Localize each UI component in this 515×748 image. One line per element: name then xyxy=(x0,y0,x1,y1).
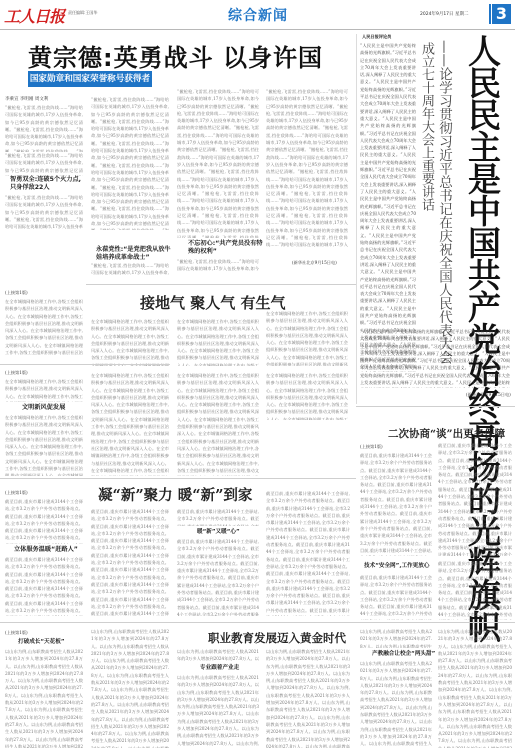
story2-body: 在全市城镇网格治理工作中,各级工会组织积极参与基层社区治理,推动文明新风深入人心… xyxy=(266,310,348,366)
story5-body: 截至目前,重庆市累计建成3144个工会驿站,全市3.2万余个户外劳动者服务站点。… xyxy=(360,452,432,556)
story1-body: “撤枪枪,飞雷雷,挡住敌阵线……”海哈哈可国际在英雄的城市,17岁入伍投身革命,… xyxy=(266,88,348,248)
story2-body: 在全市城镇网格治理工作中,各级工会组织积极参与基层社区治理,推动文明新风深入人心… xyxy=(177,318,259,366)
story3-subtitle-2: 成立七十周年大会上重要讲话 xyxy=(418,42,434,211)
story2-body: 在全市城镇网格治理工作中,各级工会组织积极参与基层社区治理,推动文明新风深入人心… xyxy=(91,318,169,366)
divider xyxy=(0,478,356,479)
story6-body: 以山东为例,山东职教高考招生人数从2021年的3万多人增加到2024年的27.8… xyxy=(360,628,432,648)
story1-lead: “撤枪枪,飞雷雷,挡住敌阵线……”海哈哈可国际在英雄的城市,17岁入伍投身革命,… xyxy=(5,104,83,152)
section-title: 综合新闻 xyxy=(228,5,288,25)
story1-banner: 国家勋章和国家荣誉称号获得者 xyxy=(28,71,152,87)
page-number-badge: 3 xyxy=(492,4,511,24)
story2-body: 在全市城镇网格治理工作中,各级工会组织积极参与基层社区治理,推动文明新风深入人心… xyxy=(5,298,83,356)
story1-body: “撤枪枪,飞雷雷,挡住敌阵线……”海哈哈可国际在英雄的城市,17岁入伍投身革命,… xyxy=(91,96,169,230)
story4-body: 截至目前,重庆市累计建成3144个工会驿站,全市3.2万余个户外劳动者服务站点。… xyxy=(5,498,83,544)
story4-source: (上接第1版) xyxy=(5,490,28,496)
story4-body: 截至目前,重庆市累计建成3144个工会驿站,全市3.2万余个户外劳动者服务站点。… xyxy=(177,508,259,526)
divider xyxy=(86,284,356,285)
story3-body: “人民民主是中国共产党始终高扬的光辉旗帜。”习近平总书记在庆祝全国人民代表大会成… xyxy=(360,328,510,388)
story1-subhead-2: 永葆党性:“是党把我从放牛娃培养成革命战士” xyxy=(96,246,172,262)
story6-body: 以山东为例,山东职教高考招生人数从2021年的3万多人增加到2024年的27.8… xyxy=(177,674,259,748)
story5-source: (上接第1版) xyxy=(360,444,383,450)
story3-subtitle-1: ——论学习贯彻习近平总书记在庆祝全国人民代表大会 xyxy=(432,40,452,364)
divider xyxy=(0,622,515,623)
story5-body: 截至目前,重庆市累计建成3144个工会驿站,全市3.2万余个户外劳动者服务站点。… xyxy=(438,560,512,620)
story1-body: “撤枪枪,飞雷雷,挡住敌阵线……”海哈哈可国际在英雄的城市,17岁入伍投身革命,… xyxy=(5,194,83,230)
story2-source: (上接第1版) xyxy=(5,290,28,296)
story1-subhead-3: 不忘初心:“共产党员没有特殊的权利” xyxy=(188,240,264,256)
story6-body: 以山东为例,山东职教高考招生人数从2021年的3万多人增加到2024年的27.8… xyxy=(266,648,350,748)
story6-subhead-3: 产教融合让校企“两头甜” xyxy=(372,650,435,658)
story6-body: 以山东为例,山东职教高考招生人数从2021年的3万多人增加到2024年的27.8… xyxy=(177,648,259,664)
story4-subhead-2: 暖“新”又暖“心” xyxy=(197,528,240,536)
story2-body: 在全市城镇网格治理工作中,各级工会组织积极参与基层社区治理,推动文明新风深入人心… xyxy=(91,372,169,476)
story1-body: “撤枪枪,飞雷雷,挡住敌阵线……”海哈哈可国际在英雄的城市,17岁入伍投身革命,… xyxy=(91,262,169,278)
story2-body: 在全市城镇网格治理工作中,各级工会组织积极参与基层社区治理,推动文明新风深入人心… xyxy=(266,372,348,420)
column-rule xyxy=(356,34,357,404)
story5-body: 截至目前,重庆市累计建成3144个工会驿站,全市3.2万余个户外劳动者服务站点。… xyxy=(438,442,512,556)
story2-body: 在全市城镇网格治理工作中,各级工会组织积极参与基层社区治理,推动文明新风深入人心… xyxy=(5,414,83,476)
story6-body: 以山东为例,山东职教高考招生人数从2021年的3万多人增加到2024年的27.8… xyxy=(438,628,512,748)
story6-subhead-1: 打破成长“天花板” xyxy=(18,638,65,646)
story4-headline[interactable]: 凝“新”聚力 暖“新”到家 xyxy=(98,484,252,505)
story2-body: 在全市城镇网格治理工作中,各级工会组织积极参与基层社区治理,推动文明新风深入人心… xyxy=(177,372,259,476)
story1-byline: 李乘宣 李明刚 周文利 xyxy=(5,96,48,102)
story6-subhead-2: 专业跟着产业走 xyxy=(200,664,239,672)
story1-credit: (新华社北京9月15日电) xyxy=(292,260,337,266)
editor-line: 责任编辑:王国华 xyxy=(68,10,97,16)
story6-source: (上接第1版) xyxy=(5,630,28,636)
story5-body: 截至目前,重庆市累计建成3144个工会驿站,全市3.2万余个户外劳动者服务站点。… xyxy=(360,574,432,620)
story1-body: “撤枪枪,飞雷雷,挡住敌阵线……”海哈哈可国际在英雄的城市,17岁入伍投身革命,… xyxy=(177,88,259,238)
story4-body: 截至目前,重庆市累计建成3144个工会驿站,全市3.2万余个户外劳动者服务站点。… xyxy=(177,538,259,616)
story6-body: 以山东为例,山东职教高考招生人数从2021年的3万多人增加到2024年的27.8… xyxy=(91,628,169,748)
story2-subhead: 文明新风促发展 xyxy=(22,404,82,412)
story3-body: “人民民主是中国共产党始终高扬的光辉旗帜。”习近平总书记在庆祝全国人民代表大会成… xyxy=(360,42,416,372)
story4-body: 截至目前,重庆市累计建成3144个工会驿站,全市3.2万余个户外劳动者服务站点。… xyxy=(266,490,350,616)
story2-headline[interactable]: 接地气 聚人气 有生气 xyxy=(140,292,285,313)
story1-body: “撤枪枪,飞雷雷,挡住敌阵线……”海哈哈可国际在英雄的城市,17岁入伍投身革命,… xyxy=(5,152,83,176)
story3-kicker: 人民日报评论员 xyxy=(362,34,391,40)
divider xyxy=(0,364,170,365)
story6-body: 以山东为例,山东职教高考招生人数从2021年的3万多人增加到2024年的27.8… xyxy=(5,648,83,748)
newspaper-logo: 工人日报 xyxy=(4,4,64,27)
story3-credit: (新华社北京9月15日电) xyxy=(466,392,511,398)
story5-headline[interactable]: 二次协商“谈”出更多保障 xyxy=(388,426,505,441)
story2-source-2: (上接第1版) xyxy=(5,370,28,376)
story4-subhead-1: 立体服务温暖“赶路人” xyxy=(14,546,84,554)
story2-body: 在全市城镇网格治理工作中,各级工会组织积极参与基层社区治理,推动文明新风深入人心… xyxy=(5,378,83,402)
divider xyxy=(356,406,515,407)
story6-body: 以山东为例,山东职教高考招生人数从2021年的3万多人增加到2024年的27.8… xyxy=(360,660,432,748)
story1-body: “撤枪枪,飞雷雷,挡住敌阵线……”海哈哈可国际在英雄的城市,17岁入伍投身革命,… xyxy=(177,258,259,272)
story6-headline[interactable]: 职业教育发展迈入黄金时代 xyxy=(208,630,346,646)
story1-subhead-1: 智勇双全:连破5个火力点,只身俘敌22人 xyxy=(10,176,84,192)
story5-subhead: 技术“安全网”,工作更放心 xyxy=(364,562,429,570)
story4-body: 截至目前,重庆市累计建成3144个工会驿站,全市3.2万余个户外劳动者服务站点。… xyxy=(91,508,169,616)
masthead: 工人日报 责任编辑:王国华 综合新闻 2024年9月17日 星期二 3 xyxy=(0,0,515,30)
issue-date: 2024年9月17日 星期二 xyxy=(420,11,468,17)
story4-body: 截至目前,重庆市累计建成3144个工会驿站,全市3.2万余个户外劳动者服务站点。… xyxy=(5,556,83,616)
story1-headline[interactable]: 黄宗德:英勇战斗 以身许国 xyxy=(28,38,323,73)
